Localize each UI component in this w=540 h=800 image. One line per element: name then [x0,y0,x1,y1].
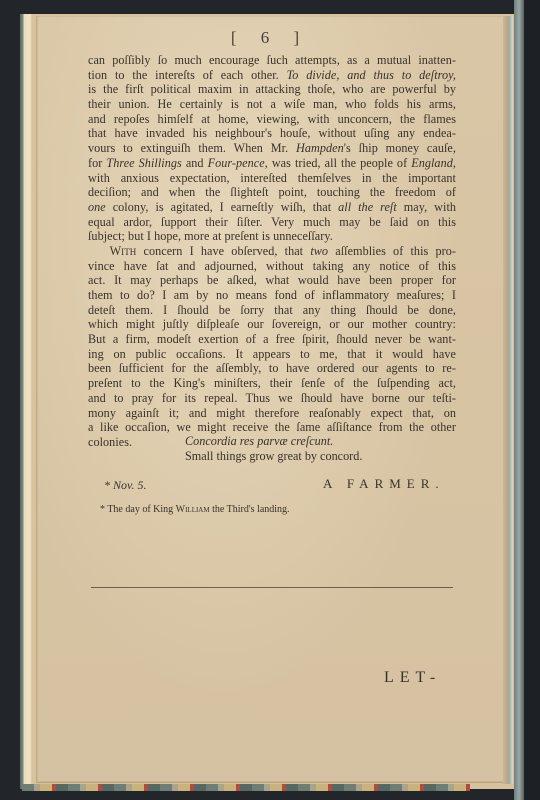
motto: Concordia res parvæ creſcunt. Small thin… [185,434,362,463]
text-line: ing on public occaſions. It appears to m… [88,347,456,362]
text-line: and repoſes himſelf at home, viewing, wi… [88,112,456,127]
page-edge [503,16,513,784]
text-line: a like occaſion, we might receive the ſa… [88,420,456,435]
background [524,0,540,800]
text-line: vours to extinguiſh them. When Mr. Hampd… [88,141,456,156]
motto-latin: Concordia res parvæ creſcunt. [185,434,362,449]
footnote-text-pre: The day of King [107,504,175,515]
text-line: them to do? I am by no means fond of inf… [88,288,456,303]
text-line: which might juſtly diſpleaſe our ſoverei… [88,317,456,332]
footnote-text-post: the Third's landing. [210,504,290,515]
signature-name: A FARMER. [323,476,445,492]
text-line: for Three Shillings and Four-pence, was … [88,156,456,171]
text-line: their union. He certainly is not a wiſe … [88,97,456,112]
text-line: one colony, is agitated, I earneſtly wiſ… [88,200,456,215]
text-line: preſent to the King's miniſters, their ſ… [88,376,456,391]
text-line: equal ardor, ſupport their ſiſter. Very … [88,215,456,230]
footnote: * The day of King William the Third's la… [100,504,290,515]
catchword: LET- [384,669,441,687]
motto-english: Small things grow great by concord. [185,449,362,464]
text-line: is the firſt political maxim in attackin… [88,82,456,97]
text-line: deteſt them. I ſhould be ſorry that any … [88,303,456,318]
marbled-edge [22,784,470,791]
text-line: ſubject; but I hope, more at preſent is … [88,229,456,244]
body-text: can poſſibly ſo much encourage ſuch atte… [88,53,456,450]
footnote-marker: * [100,504,105,515]
text-line: been ſufficient for the aſſembly, to hav… [88,361,456,376]
text-line: can poſſibly ſo much encourage ſuch atte… [88,53,456,68]
text-line: tion to the intereſts of each other. To … [88,68,456,83]
text-line: deciſion; and when the ſlighteſt point, … [88,185,456,200]
text-line: with anxious expectation, intereſted the… [88,171,456,186]
text-line: act. It may perhaps be aſked, what would… [88,273,456,288]
text-line: mony againſt it; and might therefore rea… [88,406,456,421]
text-line: vince have ſat and adjourned, without ta… [88,259,456,274]
horizontal-rule [91,587,453,588]
book-spine [514,0,524,800]
text-line: With concern I have obſerved, that two a… [88,244,456,259]
text-line: and to pray for its repeal. Thus we ſhou… [88,391,456,406]
signature-date: * Nov. 5. [104,478,146,493]
text-line: that have invaded his neighbour's houſe,… [88,126,456,141]
text-line: But a firm, modeſt exertion of a free ſp… [88,332,456,347]
page-number: [ 6 ] [0,31,540,46]
footnote-text-name: William [176,504,210,515]
